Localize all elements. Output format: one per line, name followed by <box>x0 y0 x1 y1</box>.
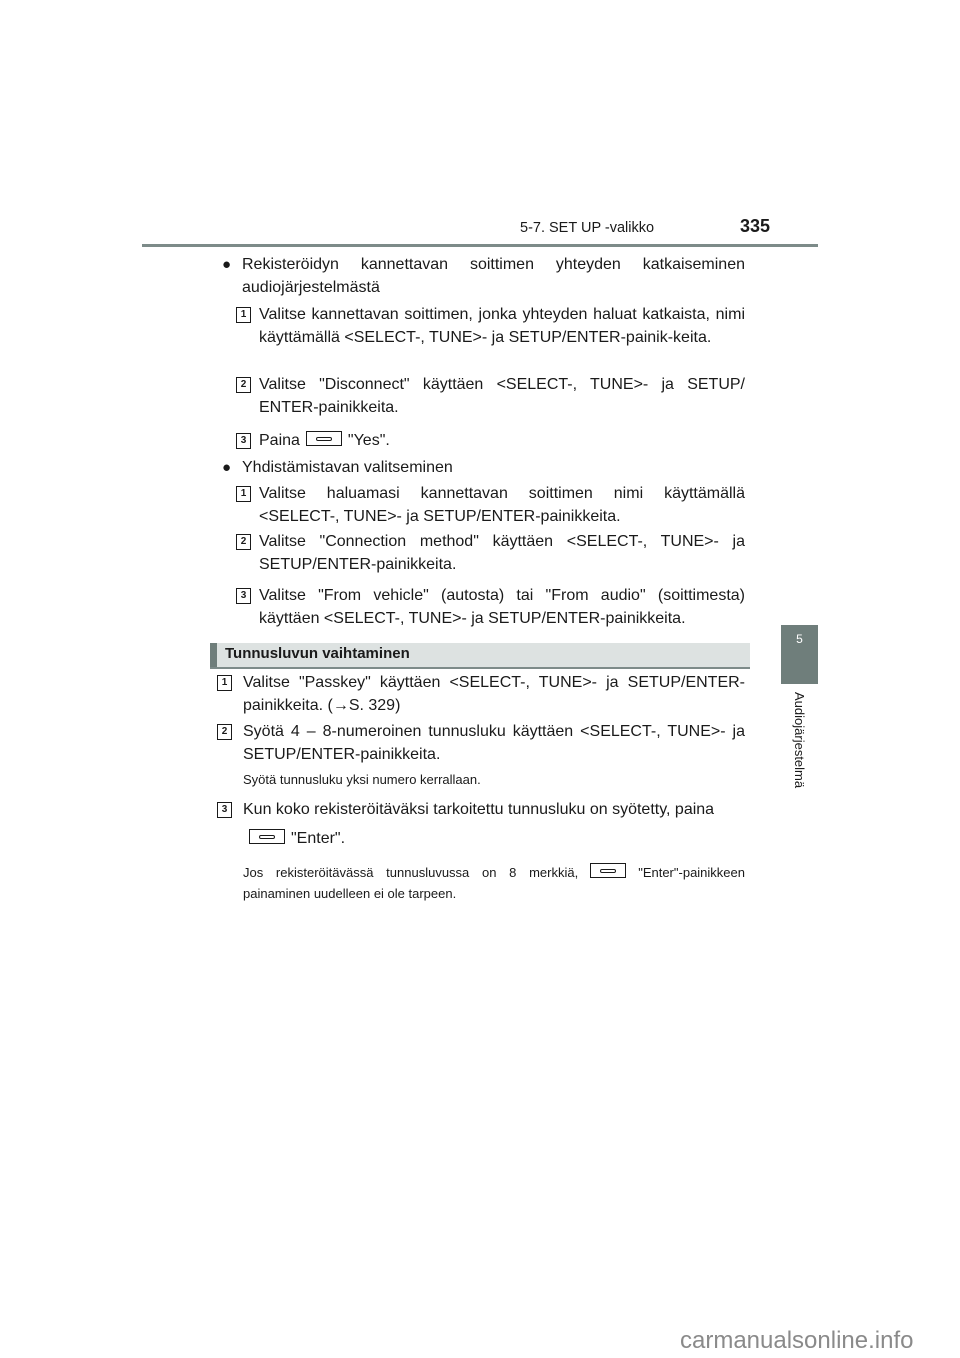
step-number: 2 <box>236 534 251 550</box>
step-note: Syötä tunnusluku yksi numero kerrallaan. <box>243 769 745 790</box>
bullet-icon: ● <box>222 459 231 476</box>
step-text-before: Paina <box>259 432 300 449</box>
step-text: Valitse kannettavan soittimen, jonka yht… <box>259 303 745 349</box>
step-text: Syötä 4 – 8-numeroinen tunnusluku käyttä… <box>243 720 745 766</box>
screen-button-icon <box>590 863 626 878</box>
step-number: 2 <box>217 724 232 740</box>
bullet-title: Yhdistämistavan valitseminen <box>242 456 745 479</box>
page-number: 335 <box>740 216 770 237</box>
screen-button-icon <box>249 829 285 844</box>
chapter-label: Audiojärjestelmä <box>792 692 807 788</box>
watermark: carmanualsonline.info <box>680 1327 913 1355</box>
step-note: Jos rekisteröitävässä tunnusluvussa on 8… <box>243 862 745 904</box>
step-text-after: "Yes". <box>348 432 390 449</box>
running-header-section: 5-7. SET UP -valikko <box>520 220 654 236</box>
chapter-number: 5 <box>781 625 818 650</box>
step-text: Valitse "Connection method" käyttäen <SE… <box>259 530 745 576</box>
step-text: Valitse "Passkey" käyttäen <SELECT-, TUN… <box>243 671 745 717</box>
step-number: 3 <box>217 802 232 818</box>
section-title: Tunnusluvun vaihtaminen <box>225 645 410 662</box>
step-text: Valitse "Disconnect" käyttäen <SELECT-, … <box>259 373 745 419</box>
step-text: Kun koko rekisteröitäväksi tarkoitettu t… <box>243 798 745 821</box>
bullet-title: Rekisteröidyn kannettavan soittimen yhte… <box>242 253 745 299</box>
step-text-after: "Enter". <box>291 830 345 847</box>
bullet-icon: ● <box>222 256 231 273</box>
step-text: Paina"Yes". <box>259 429 745 452</box>
section-header: Tunnusluvun vaihtaminen <box>210 643 750 669</box>
step-text: Valitse haluamasi kannettavan soittimen … <box>259 482 745 528</box>
step-number: 3 <box>236 588 251 604</box>
step-number: 1 <box>236 486 251 502</box>
step-number: 2 <box>236 377 251 393</box>
step-number: 3 <box>236 433 251 449</box>
screen-button-icon <box>306 431 342 446</box>
step-number: 1 <box>236 307 251 323</box>
note-text-before: Jos rekisteröitävässä tunnusluvussa on 8… <box>243 865 578 880</box>
step-text-continued: "Enter". <box>243 827 745 850</box>
step-number: 1 <box>217 675 232 691</box>
section-accent <box>210 643 217 667</box>
header-rule <box>142 244 818 247</box>
chapter-tab: 5 <box>781 625 818 684</box>
step-text: Valitse "From vehicle" (autosta) tai "Fr… <box>259 584 745 630</box>
